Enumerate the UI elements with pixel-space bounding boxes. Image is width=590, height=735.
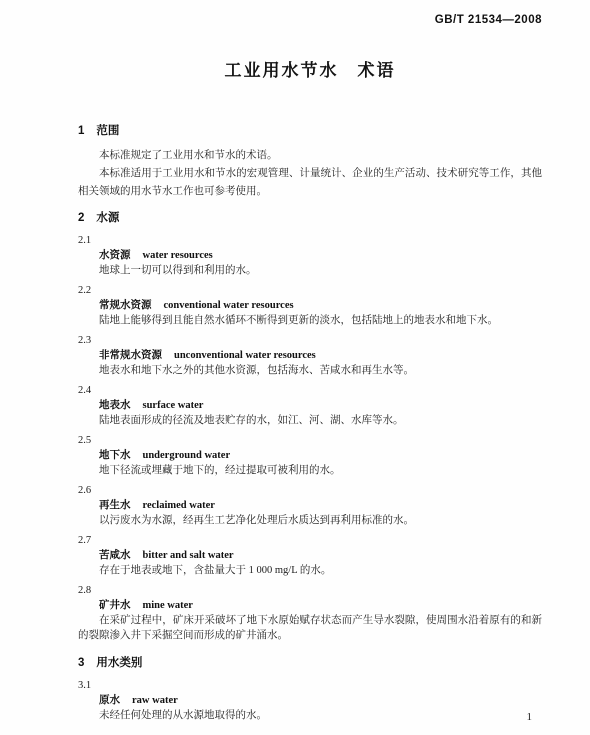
standard-code: GB/T 21534—2008 bbox=[78, 14, 542, 26]
term-entry: 2.6 再生水reclaimed water 以污废水为水源，经再生工艺净化处理… bbox=[78, 483, 542, 528]
term-chinese: 常规水资源 bbox=[99, 299, 152, 311]
section-heading: 3用水类别 bbox=[78, 656, 542, 670]
term-definition: 在采矿过程中，矿床开采破坏了地下水原始赋存状态而产生导水裂隙，使周围水沿着原有的… bbox=[78, 613, 542, 643]
term-definition: 陆地上能够得到且能自然水循环不断得到更新的淡水，包括陆地上的地表水和地下水。 bbox=[78, 313, 542, 328]
term-name: 地表水surface water bbox=[78, 398, 542, 413]
section-number: 1 bbox=[78, 125, 84, 137]
term-number: 2.7 bbox=[78, 533, 542, 548]
term-name: 水资源water resources bbox=[78, 248, 542, 263]
term-english: reclaimed water bbox=[143, 500, 215, 511]
section-title: 水源 bbox=[96, 212, 119, 224]
term-name: 常规水资源conventional water resources bbox=[78, 298, 542, 313]
term-entry: 2.4 地表水surface water 陆地表面形成的径流及地表贮存的水，如江… bbox=[78, 383, 542, 428]
term-entry: 2.3 非常规水资源unconventional water resources… bbox=[78, 333, 542, 378]
term-entry: 2.1 水资源water resources 地球上一切可以得到和利用的水。 bbox=[78, 233, 542, 278]
section-title: 范围 bbox=[96, 125, 119, 137]
term-chinese: 再生水 bbox=[99, 499, 131, 511]
section-number: 2 bbox=[78, 212, 84, 224]
section-water-use-categories: 3用水类别 3.1 原水raw water 未经任何处理的从水源地取得的水。 bbox=[78, 656, 542, 723]
section-scope: 1范围 本标准规定了工业用水和节水的术语。 本标准适用于工业用水和节水的宏观管理… bbox=[78, 124, 542, 201]
term-chinese: 地表水 bbox=[99, 399, 131, 411]
terms-list: 2.1 水资源water resources 地球上一切可以得到和利用的水。 2… bbox=[78, 233, 542, 643]
term-definition: 地球上一切可以得到和利用的水。 bbox=[78, 263, 542, 278]
term-chinese: 矿井水 bbox=[99, 599, 131, 611]
term-english: bitter and salt water bbox=[143, 550, 234, 561]
term-number: 3.1 bbox=[78, 678, 542, 693]
term-entry: 2.8 矿井水mine water 在采矿过程中，矿床开采破坏了地下水原始赋存状… bbox=[78, 583, 542, 643]
term-english: raw water bbox=[132, 695, 178, 706]
term-chinese: 地下水 bbox=[99, 449, 131, 461]
term-name: 苦咸水bitter and salt water bbox=[78, 548, 542, 563]
scope-paragraph: 本标准规定了工业用水和节水的术语。 bbox=[78, 147, 542, 165]
section-water-sources: 2水源 2.1 水资源water resources 地球上一切可以得到和利用的… bbox=[78, 211, 542, 643]
term-number: 2.5 bbox=[78, 433, 542, 448]
term-entry: 2.5 地下水underground water 地下径流或埋藏于地下的，经过提… bbox=[78, 433, 542, 478]
term-name: 非常规水资源unconventional water resources bbox=[78, 348, 542, 363]
term-name: 地下水underground water bbox=[78, 448, 542, 463]
term-name: 原水raw water bbox=[78, 693, 542, 708]
term-chinese: 原水 bbox=[99, 694, 120, 706]
term-name: 矿井水mine water bbox=[78, 598, 542, 613]
term-english: underground water bbox=[143, 450, 231, 461]
section-heading: 1范围 bbox=[78, 124, 542, 138]
term-number: 2.2 bbox=[78, 283, 542, 298]
term-english: water resources bbox=[143, 250, 213, 261]
section-heading: 2水源 bbox=[78, 211, 542, 225]
term-english: mine water bbox=[143, 600, 193, 611]
term-number: 2.8 bbox=[78, 583, 542, 598]
term-definition: 存在于地表或地下，含盐量大于 1 000 mg/L 的水。 bbox=[78, 563, 542, 578]
term-number: 2.6 bbox=[78, 483, 542, 498]
term-number: 2.3 bbox=[78, 333, 542, 348]
term-entry: 3.1 原水raw water 未经任何处理的从水源地取得的水。 bbox=[78, 678, 542, 723]
section-title: 用水类别 bbox=[96, 657, 142, 669]
term-english: conventional water resources bbox=[164, 300, 294, 311]
scope-paragraph: 本标准适用于工业用水和节水的宏观管理、计量统计、企业的生产活动、技术研究等工作，… bbox=[78, 165, 542, 201]
term-chinese: 非常规水资源 bbox=[99, 349, 162, 361]
term-chinese: 苦咸水 bbox=[99, 549, 131, 561]
term-number: 2.1 bbox=[78, 233, 542, 248]
term-definition: 未经任何处理的从水源地取得的水。 bbox=[78, 708, 542, 723]
document-title: 工业用水节水 术语 bbox=[78, 60, 542, 82]
term-definition: 陆地表面形成的径流及地表贮存的水，如江、河、湖、水库等水。 bbox=[78, 413, 542, 428]
document-page: GB/T 21534—2008 工业用水节水 术语 1范围 本标准规定了工业用水… bbox=[0, 0, 590, 735]
term-chinese: 水资源 bbox=[99, 249, 131, 261]
term-english: unconventional water resources bbox=[174, 350, 316, 361]
term-definition: 地表水和地下水之外的其他水资源，包括海水、苦咸水和再生水等。 bbox=[78, 363, 542, 378]
terms-list: 3.1 原水raw water 未经任何处理的从水源地取得的水。 bbox=[78, 678, 542, 723]
term-name: 再生水reclaimed water bbox=[78, 498, 542, 513]
section-number: 3 bbox=[78, 657, 84, 669]
term-definition: 地下径流或埋藏于地下的，经过提取可被利用的水。 bbox=[78, 463, 542, 478]
term-number: 2.4 bbox=[78, 383, 542, 398]
page-number: 1 bbox=[527, 711, 533, 723]
term-english: surface water bbox=[143, 400, 204, 411]
term-definition: 以污废水为水源，经再生工艺净化处理后水质达到再利用标准的水。 bbox=[78, 513, 542, 528]
term-entry: 2.7 苦咸水bitter and salt water 存在于地表或地下，含盐… bbox=[78, 533, 542, 578]
term-entry: 2.2 常规水资源conventional water resources 陆地… bbox=[78, 283, 542, 328]
